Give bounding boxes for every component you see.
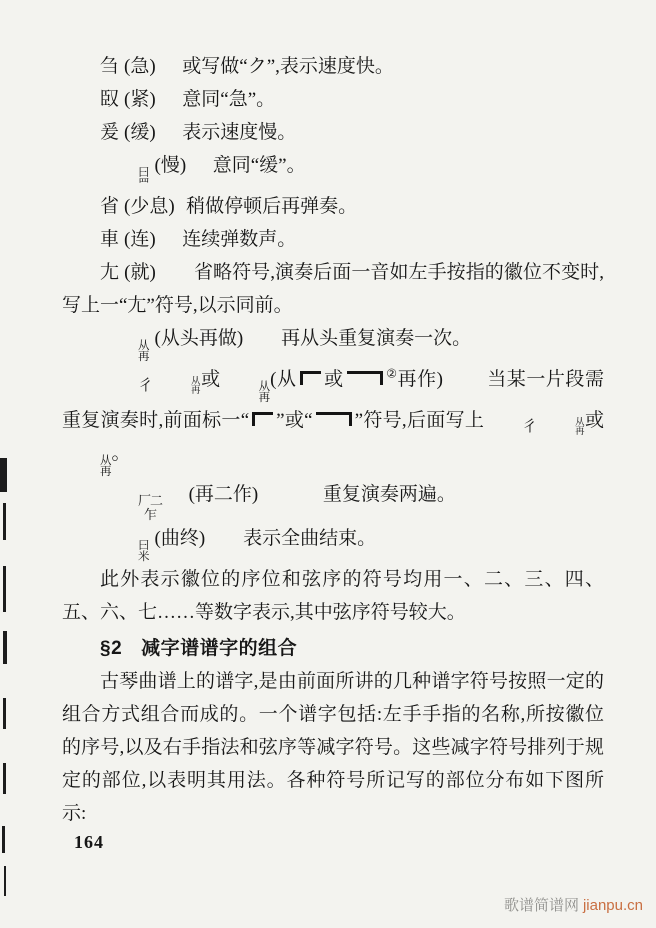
notation-entry-congtou-zaizuo: 从再(从头再做)再从头重复演奏一次。	[62, 322, 604, 363]
jianzipu-glyph: 臤	[100, 89, 119, 110]
repeat-close-corner-symbol	[316, 412, 352, 426]
binding-mark	[2, 826, 5, 853]
entry-label: (就)	[124, 262, 156, 283]
closing-paragraph: 此外表示徽位的序位和弦序的符号均用一、二、三、四、五、六、七……等数字表示,其中…	[62, 563, 604, 629]
jianzipu-glyph: 車	[100, 229, 119, 250]
entry-label: (急)	[124, 56, 156, 77]
notation-entry-zai-er-zuo: 厂二乍(再二作)重复演奏两遍。	[62, 478, 604, 522]
entry-label: (紧)	[124, 89, 156, 110]
notation-entry-jiu: 尢(就)省略符号,演奏后面一音如左手按指的徽位不变时,写上一“尢”符号,以示同前…	[62, 256, 604, 322]
entry-label: (再二作)	[189, 484, 259, 505]
entry-definition: 重复演奏两遍。	[323, 484, 456, 505]
watermark: 歌谱简谱网jianpu.cn	[504, 894, 643, 915]
glyph-bottom: 再	[221, 393, 271, 404]
page-content: 刍(急)或写做“ク”,表示速度快。 臤(紧)意同“急”。 爰(缓)表示速度慢。 …	[62, 50, 604, 830]
binding-mark	[3, 631, 7, 664]
entry-definition-part: 。	[112, 443, 131, 464]
glyph-bottom: 再	[62, 467, 112, 478]
glyph-radical: 彳	[484, 420, 537, 435]
repeat-close-corner-symbol	[347, 371, 383, 385]
entry-definition: 稍做停顿后再弹奏。	[186, 196, 357, 217]
binding-mark	[3, 763, 6, 794]
glyph-bottom: 再	[153, 387, 201, 396]
jianzipu-glyph-stacked: 厂二乍	[100, 494, 162, 522]
or-text: 或	[324, 369, 344, 390]
watermark-site-url: jianpu.cn	[583, 897, 643, 914]
glyph-bottom: 再	[537, 428, 585, 437]
entry-definition: 连续弹数声。	[182, 229, 296, 250]
entry-label: (慢)	[155, 155, 187, 176]
jianzipu-glyph-variant-a: 彳从再	[484, 419, 585, 437]
notation-entry-ji: 刍(急)或写做“ク”,表示速度快。	[62, 50, 604, 83]
watermark-site-name: 歌谱简谱网	[504, 897, 579, 914]
entry-definition: 意同“急”。	[182, 89, 275, 110]
jianzipu-glyph-variant-b: 从再	[62, 456, 112, 478]
entry-label: (缓)	[124, 122, 156, 143]
binding-mark	[0, 458, 7, 492]
footnote-marker: ②	[386, 367, 398, 381]
notation-entry-jin: 臤(紧)意同“急”。	[62, 83, 604, 116]
section-number: §2	[100, 638, 122, 659]
notation-entry-huan: 爰(缓)表示速度慢。	[62, 116, 604, 149]
glyph-bottom: 罒	[100, 179, 150, 190]
glyph-bottom: 再	[100, 352, 150, 363]
section-heading: §2减字谱谱字的组合	[62, 632, 604, 665]
entry-label: 再作)	[398, 369, 443, 390]
notation-entry-lian: 車(连)连续弹数声。	[62, 223, 604, 256]
entry-definition-part: ”符号,后面写上	[355, 410, 485, 431]
notation-entry-repeat-section: 彳从再或从再(从或②再作)当某一片段需重复演奏时,前面标一“”或“”符号,后面写…	[62, 363, 604, 478]
page-number: 164	[74, 832, 104, 853]
binding-mark	[3, 698, 6, 729]
jianzipu-glyph: 省	[100, 196, 119, 217]
jianzipu-glyph-stacked: 从再	[100, 341, 150, 363]
book-page: 刍(急)或写做“ク”,表示速度快。 臤(紧)意同“急”。 爰(缓)表示速度慢。 …	[0, 0, 656, 928]
entry-label: (曲终)	[155, 528, 206, 549]
binding-mark	[3, 503, 6, 540]
glyph-bottom: 乍	[106, 508, 156, 522]
glyph-top: 厂二	[100, 494, 162, 508]
glyph-bottom: 米	[100, 552, 150, 563]
glyph-radical: 彳	[100, 379, 153, 394]
binding-mark	[4, 866, 6, 896]
entry-label: (少息)	[124, 196, 175, 217]
notation-entry-man: 曰罒(慢)意同“缓”。	[62, 149, 604, 190]
entry-definition: 表示速度慢。	[182, 122, 296, 143]
body-paragraph: 古琴曲谱上的谱字,是由前面所讲的几种谱字符号按照一定的组合方式组合而成的。一个谱…	[62, 665, 604, 830]
jianzipu-glyph-stacked: 曰罒	[100, 168, 150, 190]
entry-definition: 意同“缓”。	[213, 155, 306, 176]
binding-mark	[3, 566, 6, 612]
notation-entry-shaoxi: 省(少息)稍做停顿后再弹奏。	[62, 190, 604, 223]
entry-label: (连)	[124, 229, 156, 250]
repeat-open-corner-symbol	[300, 371, 321, 385]
entry-label: (从	[270, 369, 296, 390]
or-text: 或	[201, 369, 221, 390]
section-title: 减字谱谱字的组合	[141, 638, 297, 659]
jianzipu-glyph-variant-a: 彳从再	[100, 378, 201, 396]
entry-label: (从头再做)	[155, 328, 244, 349]
notation-entry-quzhong: 曰米(曲终)表示全曲结束。	[62, 522, 604, 563]
or-text: 或	[585, 410, 604, 431]
entry-definition: 表示全曲结束。	[243, 528, 376, 549]
entry-definition-part: ”或“	[276, 410, 312, 431]
jianzipu-glyph-stacked: 曰米	[100, 541, 150, 563]
repeat-open-corner-symbol	[252, 412, 273, 426]
jianzipu-glyph: 尢	[100, 262, 119, 283]
jianzipu-glyph-variant-b: 从再	[221, 382, 271, 404]
jianzipu-glyph: 刍	[100, 56, 119, 77]
entry-definition: 或写做“ク”,表示速度快。	[182, 56, 394, 77]
jianzipu-glyph: 爰	[100, 122, 119, 143]
entry-definition: 再从头重复演奏一次。	[281, 328, 471, 349]
